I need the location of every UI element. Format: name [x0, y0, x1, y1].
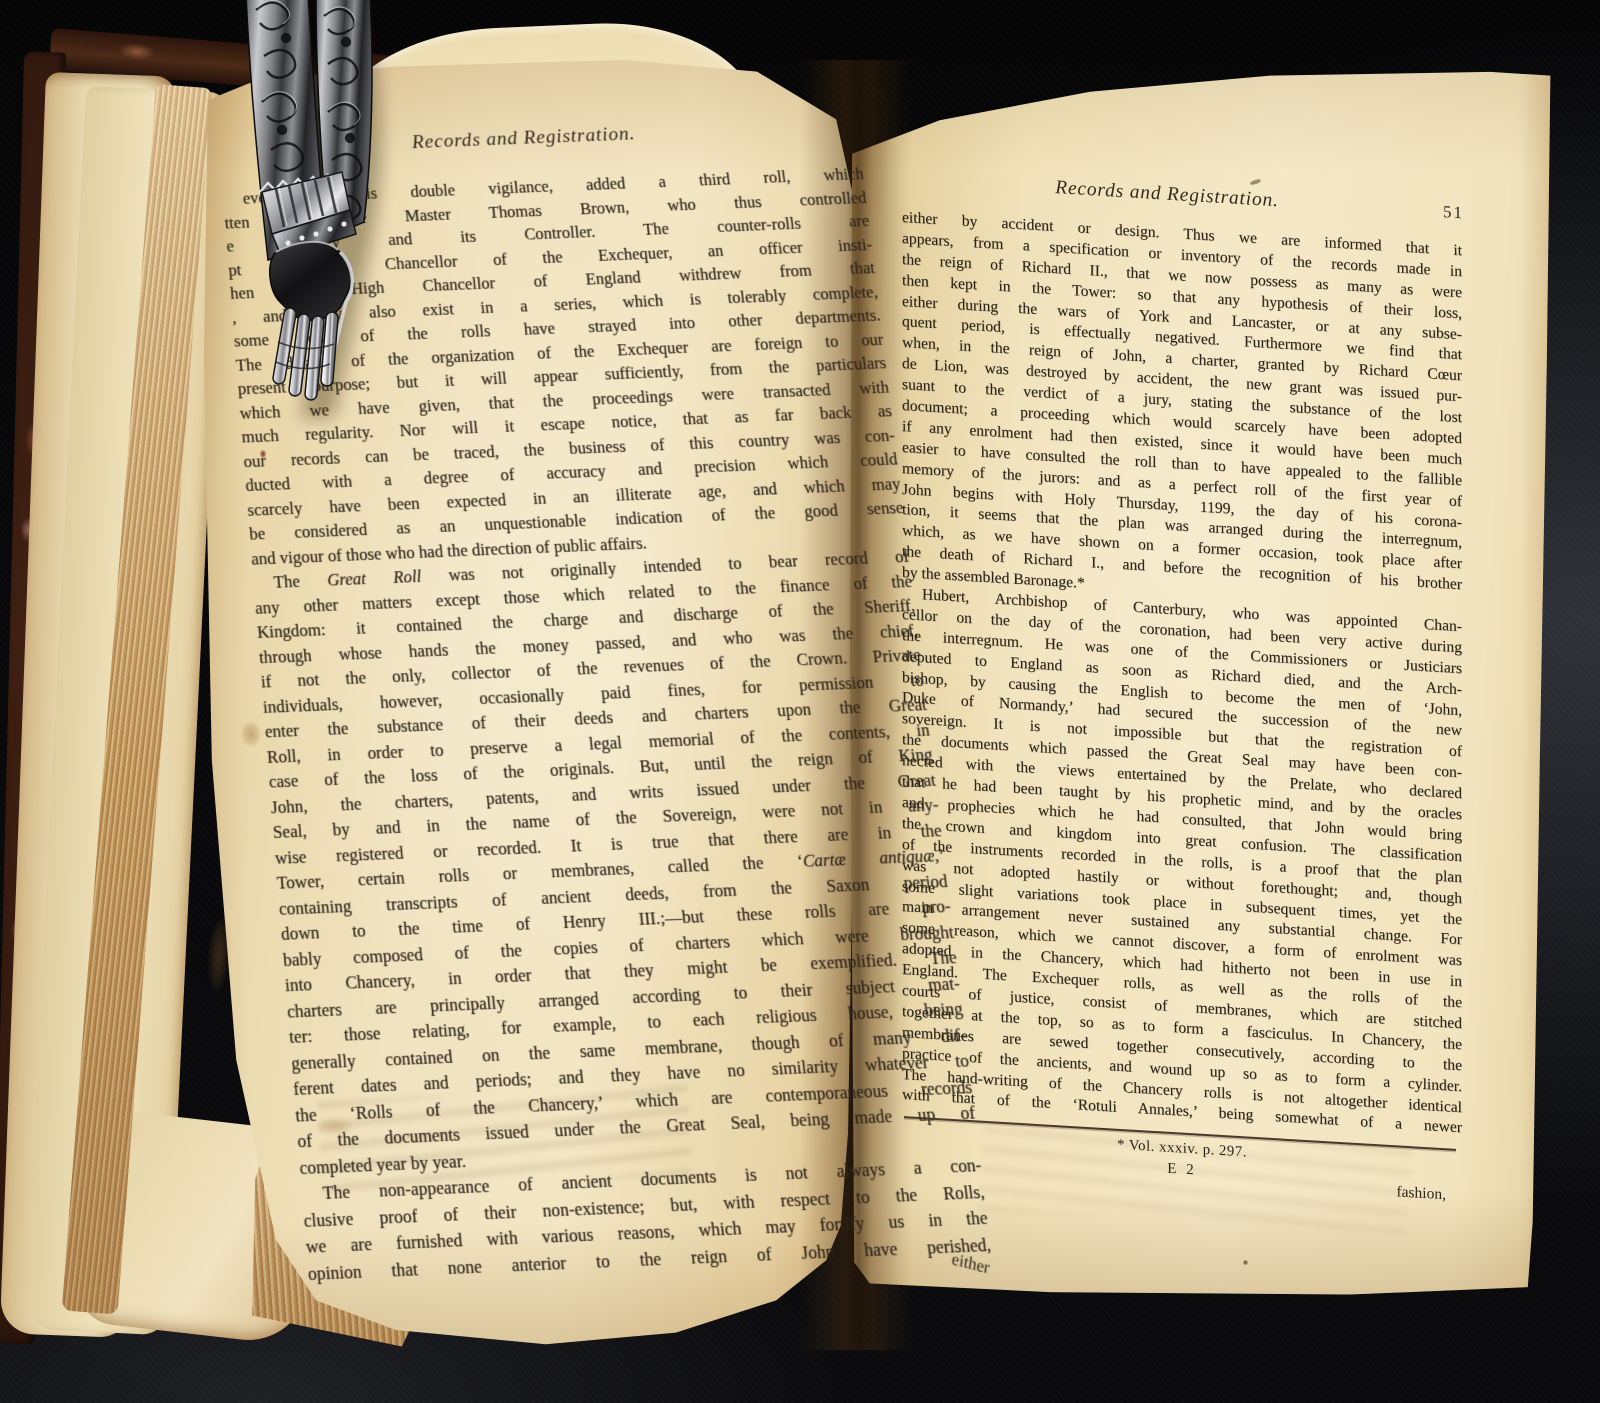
bookmark-clasp	[216, 0, 428, 446]
book-photograph: Records and Registration. even to this d…	[0, 0, 1600, 1403]
page-number: 51	[1443, 202, 1464, 223]
body-text: either by accident or design. Thus we ar…	[902, 208, 1462, 1140]
silver-hand-bookmark-icon	[216, 0, 428, 446]
right-page-text: Records and Registration. 51 either by a…	[902, 168, 1462, 1205]
catchword: fashion,	[1396, 1184, 1446, 1205]
